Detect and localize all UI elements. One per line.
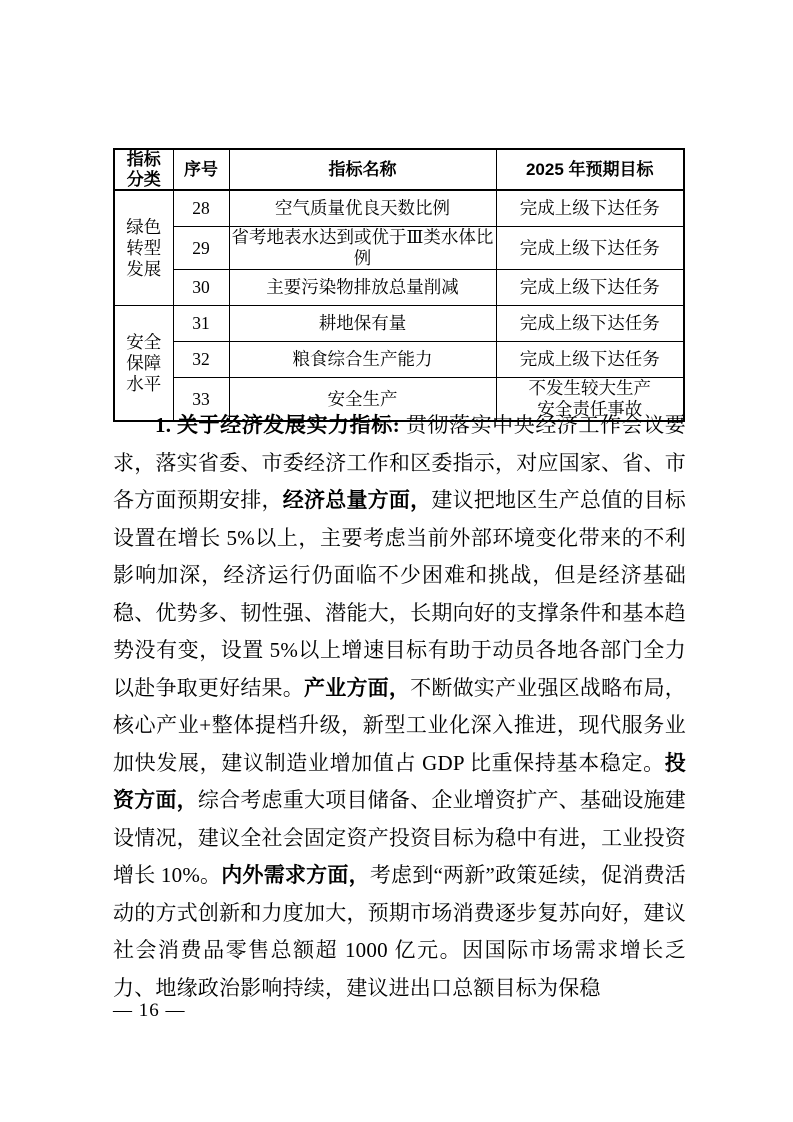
category-cell: 安全 保障 水平 <box>114 306 173 422</box>
cell-target: 完成上级下达任务 <box>496 227 684 270</box>
header-category: 指标 分类 <box>114 149 173 190</box>
table-row: 安全 保障 水平31耕地保有量完成上级下达任务 <box>114 306 684 342</box>
emphasis-segment: 1. 关于经济发展实力指标: <box>155 413 406 437</box>
cell-indicator-name: 空气质量优良天数比例 <box>229 190 496 227</box>
cell-indicator-name: 耕地保有量 <box>229 306 496 342</box>
cell-serial-number: 32 <box>173 342 229 378</box>
document-page: 指标 分类 序号 指标名称 2025 年预期目标 绿色 转型 发展28空气质量优… <box>0 0 793 1122</box>
header-target: 2025 年预期目标 <box>496 149 684 190</box>
cell-serial-number: 29 <box>173 227 229 270</box>
table-row: 30主要污染物排放总量削减完成上级下达任务 <box>114 270 684 306</box>
cell-serial-number: 28 <box>173 190 229 227</box>
emphasis-segment: 经济总量方面， <box>283 488 432 512</box>
table-row: 32粮食综合生产能力完成上级下达任务 <box>114 342 684 378</box>
header-indicator: 指标名称 <box>229 149 496 190</box>
indicator-table: 指标 分类 序号 指标名称 2025 年预期目标 绿色 转型 发展28空气质量优… <box>113 148 685 422</box>
table-row: 绿色 转型 发展28空气质量优良天数比例完成上级下达任务 <box>114 190 684 227</box>
indicator-table-body: 绿色 转型 发展28空气质量优良天数比例完成上级下达任务29省考地表水达到或优于… <box>114 190 684 421</box>
cell-serial-number: 31 <box>173 306 229 342</box>
page-number: — 16 — <box>113 1000 186 1022</box>
category-cell: 绿色 转型 发展 <box>114 190 173 306</box>
cell-indicator-name: 主要污染物排放总量削减 <box>229 270 496 306</box>
table-row: 29省考地表水达到或优于Ⅲ类水体比例完成上级下达任务 <box>114 227 684 270</box>
cell-indicator-name: 粮食综合生产能力 <box>229 342 496 378</box>
cell-indicator-name: 省考地表水达到或优于Ⅲ类水体比例 <box>229 227 496 270</box>
cell-serial-number: 30 <box>173 270 229 306</box>
indicator-table-header: 指标 分类 序号 指标名称 2025 年预期目标 <box>114 149 684 190</box>
header-row: 指标 分类 序号 指标名称 2025 年预期目标 <box>114 149 684 190</box>
cell-target: 完成上级下达任务 <box>496 342 684 378</box>
text-segment: 建议把地区生产总值的目标设置在增长 5%以上，主要考虑当前外部环境变化带来的不利… <box>113 488 686 700</box>
cell-target: 完成上级下达任务 <box>496 306 684 342</box>
emphasis-segment: 内外需求方面， <box>221 863 370 887</box>
emphasis-segment: 产业方面， <box>304 676 410 700</box>
cell-target: 完成上级下达任务 <box>496 270 684 306</box>
header-serial: 序号 <box>173 149 229 190</box>
cell-target: 完成上级下达任务 <box>496 190 684 227</box>
body-paragraph: 1. 关于经济发展实力指标: 贯彻落实中央经济工作会议要求，落实省委、市委经济工… <box>113 407 686 1007</box>
